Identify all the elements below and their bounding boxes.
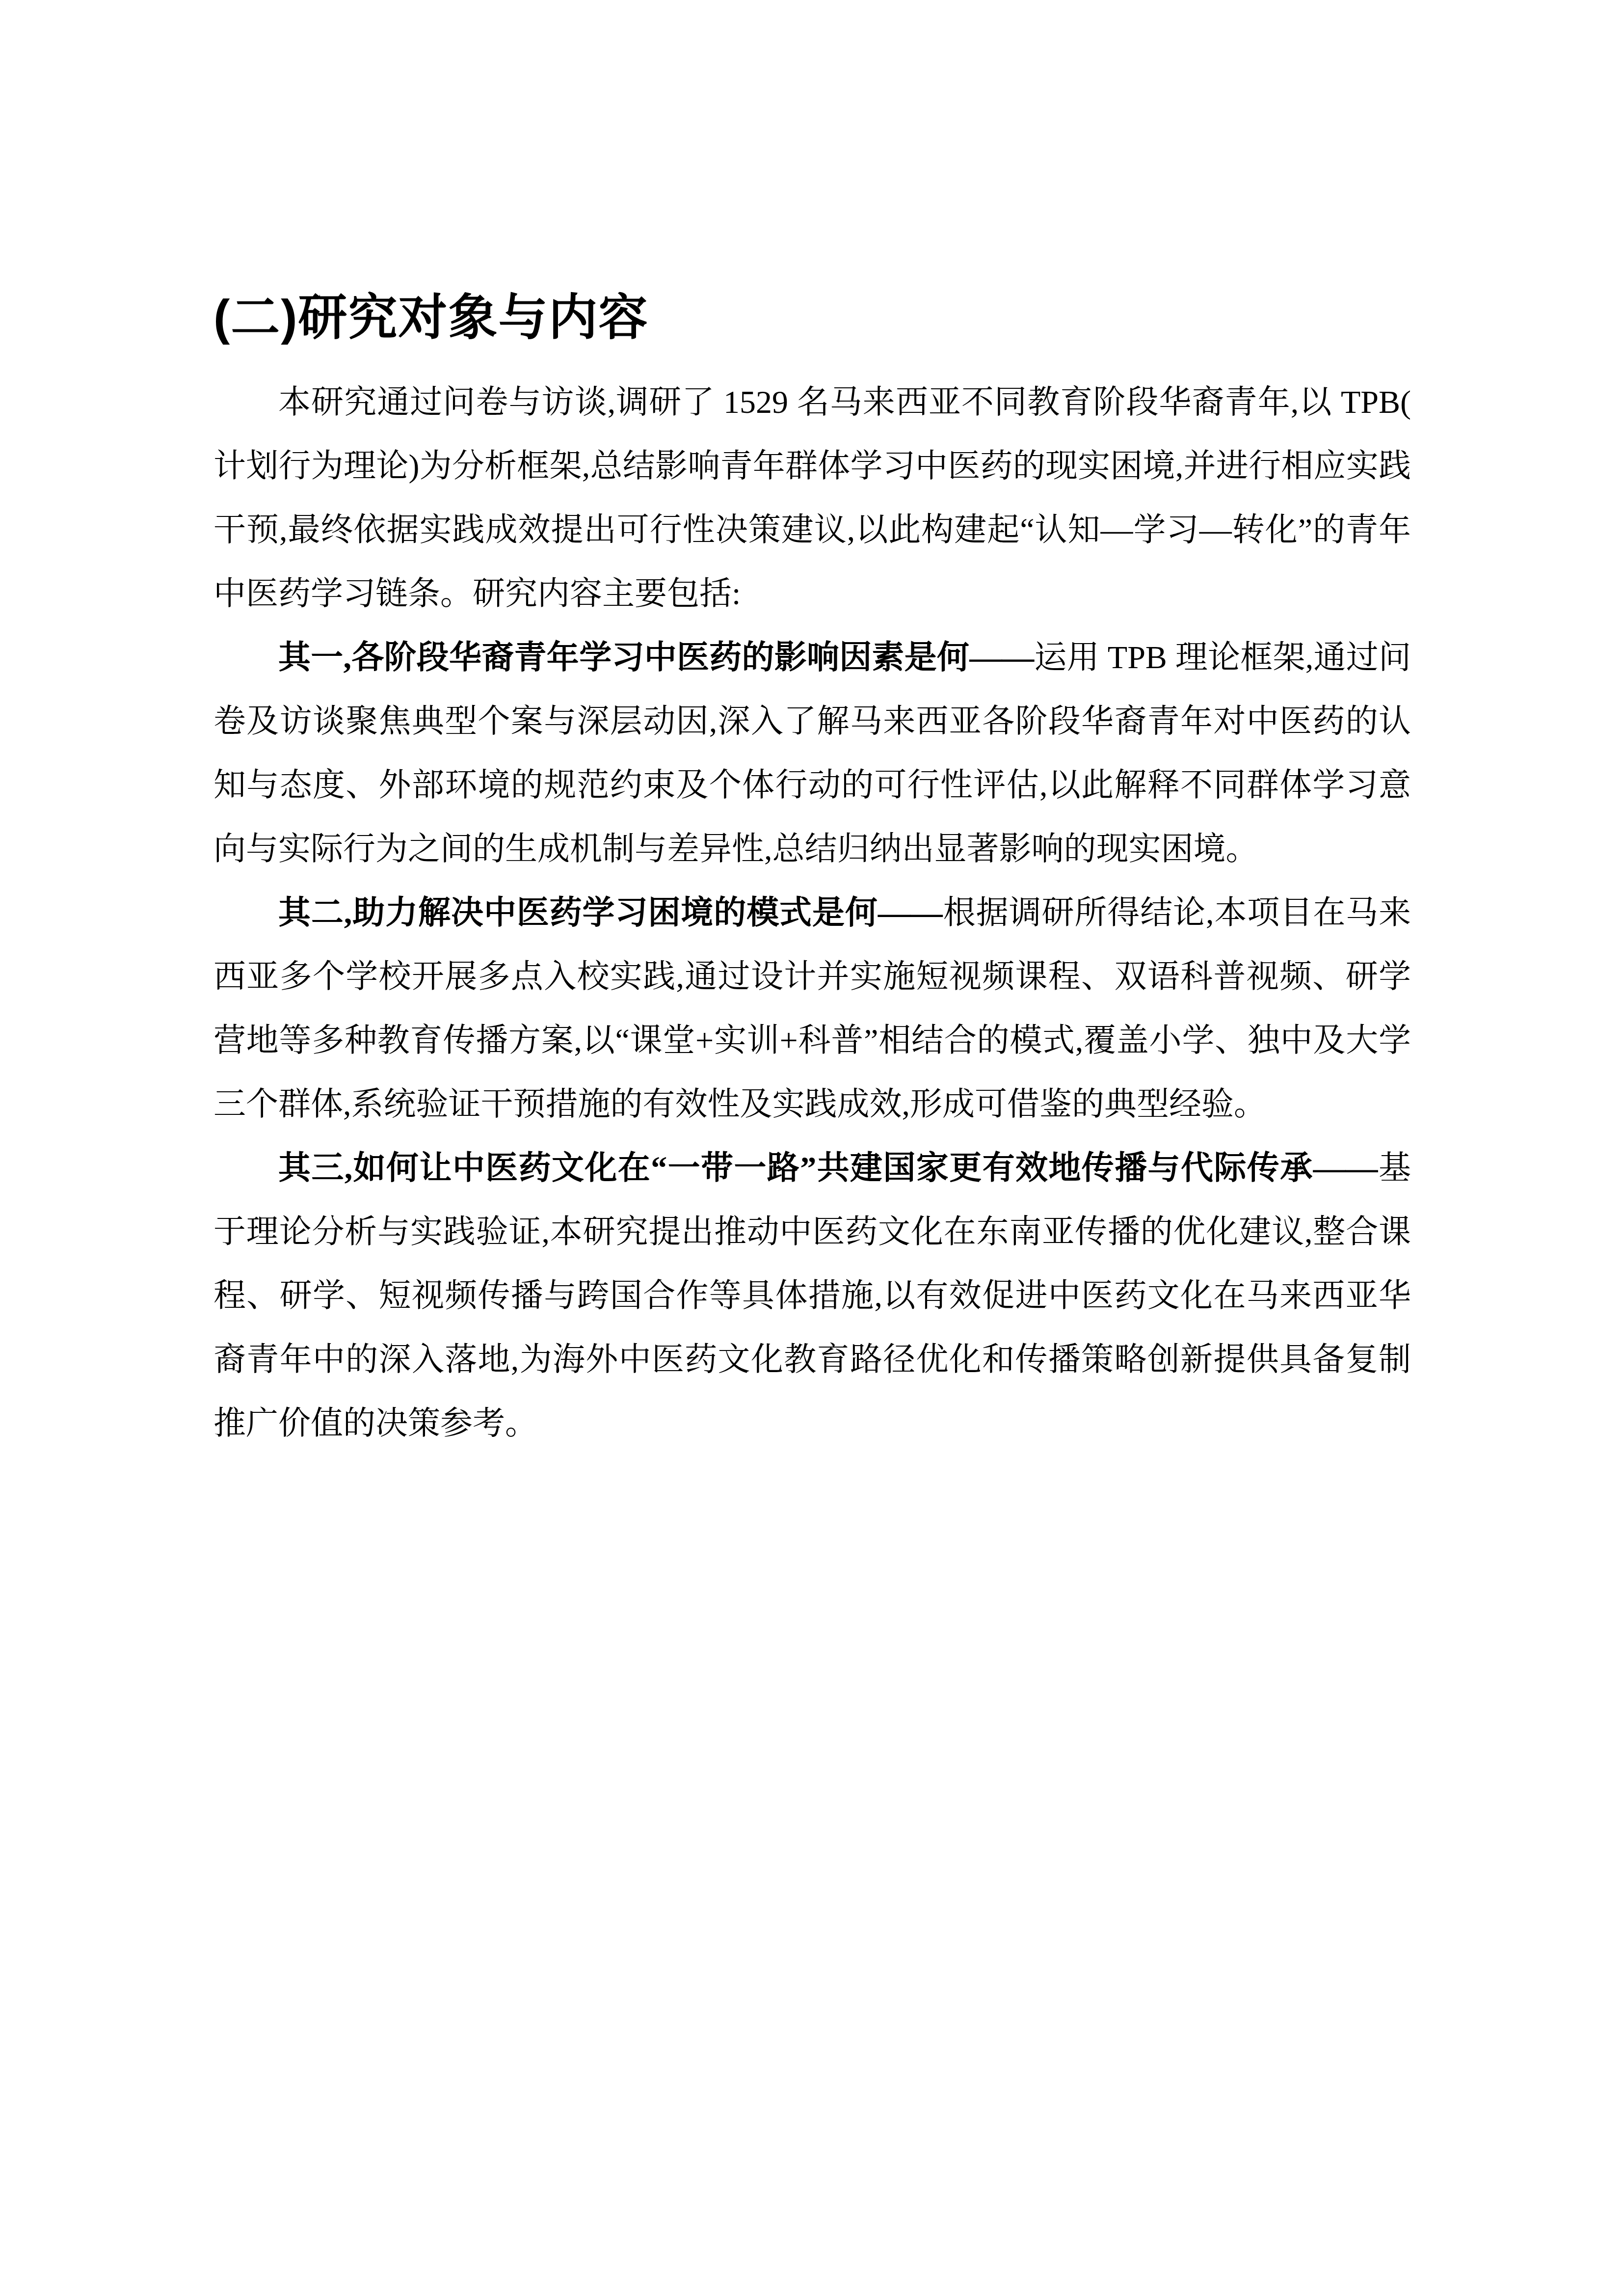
paragraph-point-one-lead: 其一,各阶段华裔青年学习中医药的影响因素是何——	[278, 640, 1034, 675]
paragraph-point-two: 其二,助力解决中医药学习困境的模式是何——根据调研所得结论,本项目在马来西亚多个…	[213, 881, 1411, 1136]
paragraph-point-three: 其三,如何让中医药文化在“一带一路”共建国家更有效地传播与代际传承——基于理论分…	[213, 1136, 1411, 1456]
paragraph-point-two-lead: 其二,助力解决中医药学习困境的模式是何——	[278, 895, 943, 931]
paragraph-point-three-text: 基于理论分析与实践验证,本研究提出推动中医药文化在东南亚传播的优化建议,整合课程…	[213, 1150, 1411, 1441]
paragraph-intro: 本研究通过问卷与访谈,调研了 1529 名马来西亚不同教育阶段华裔青年,以 TP…	[213, 371, 1411, 626]
document-body: 本研究通过问卷与访谈,调研了 1529 名马来西亚不同教育阶段华裔青年,以 TP…	[213, 371, 1411, 1456]
section-heading: (二)研究对象与内容	[213, 287, 1411, 349]
document-page: (二)研究对象与内容 本研究通过问卷与访谈,调研了 1529 名马来西亚不同教育…	[0, 0, 1623, 2296]
paragraph-intro-text: 本研究通过问卷与访谈,调研了 1529 名马来西亚不同教育阶段华裔青年,以 TP…	[213, 384, 1411, 612]
paragraph-point-three-lead: 其三,如何让中医药文化在“一带一路”共建国家更有效地传播与代际传承——	[278, 1150, 1378, 1186]
paragraph-point-one: 其一,各阶段华裔青年学习中医药的影响因素是何——运用 TPB 理论框架,通过问卷…	[213, 626, 1411, 881]
